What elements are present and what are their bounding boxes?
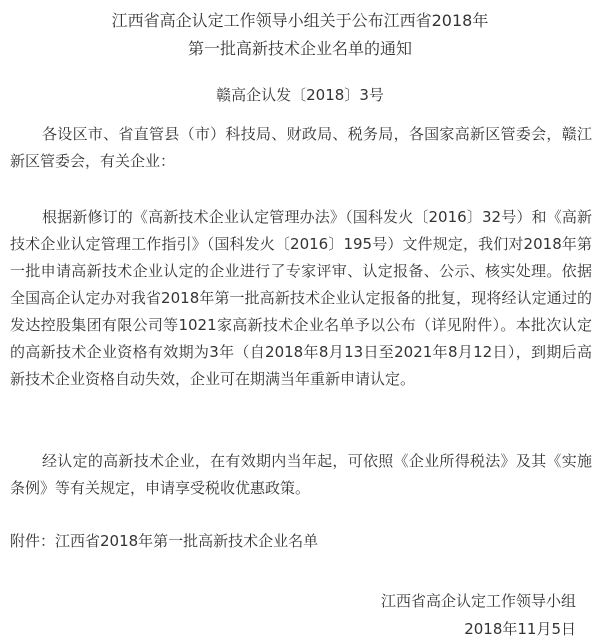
issue-date: 2018年11月5日 (464, 618, 576, 639)
document-title-line-1: 江西省高企认定工作领导小组关于公布江西省2018年 (0, 8, 600, 31)
attachment-line: 附件：江西省2018年第一批高新技术企业名单 (10, 528, 592, 555)
notice-document: 江西省高企认定工作领导小组关于公布江西省2018年 第一批高新技术企业名单的通知… (0, 0, 600, 644)
body-paragraph-tax-policy: 经认定的高新技术企业，在有效期内当年起，可依照《企业所得税法》及其《实施条例》等… (10, 448, 592, 502)
addressee-paragraph: 各设区市、省直管县（市）科技局、财政局、税务局，各国家高新区管委会，赣江新区管委… (10, 121, 592, 175)
document-title-line-2: 第一批高新技术企业名单的通知 (0, 36, 600, 59)
document-number: 赣高企认发〔2018〕3号 (0, 84, 600, 105)
issuer-signature: 江西省高企认定工作领导小组 (381, 590, 576, 611)
body-paragraph-main: 根据新修订的《高新技术企业认定管理办法》（国科发火〔2016〕32号）和《高新技… (10, 204, 592, 393)
